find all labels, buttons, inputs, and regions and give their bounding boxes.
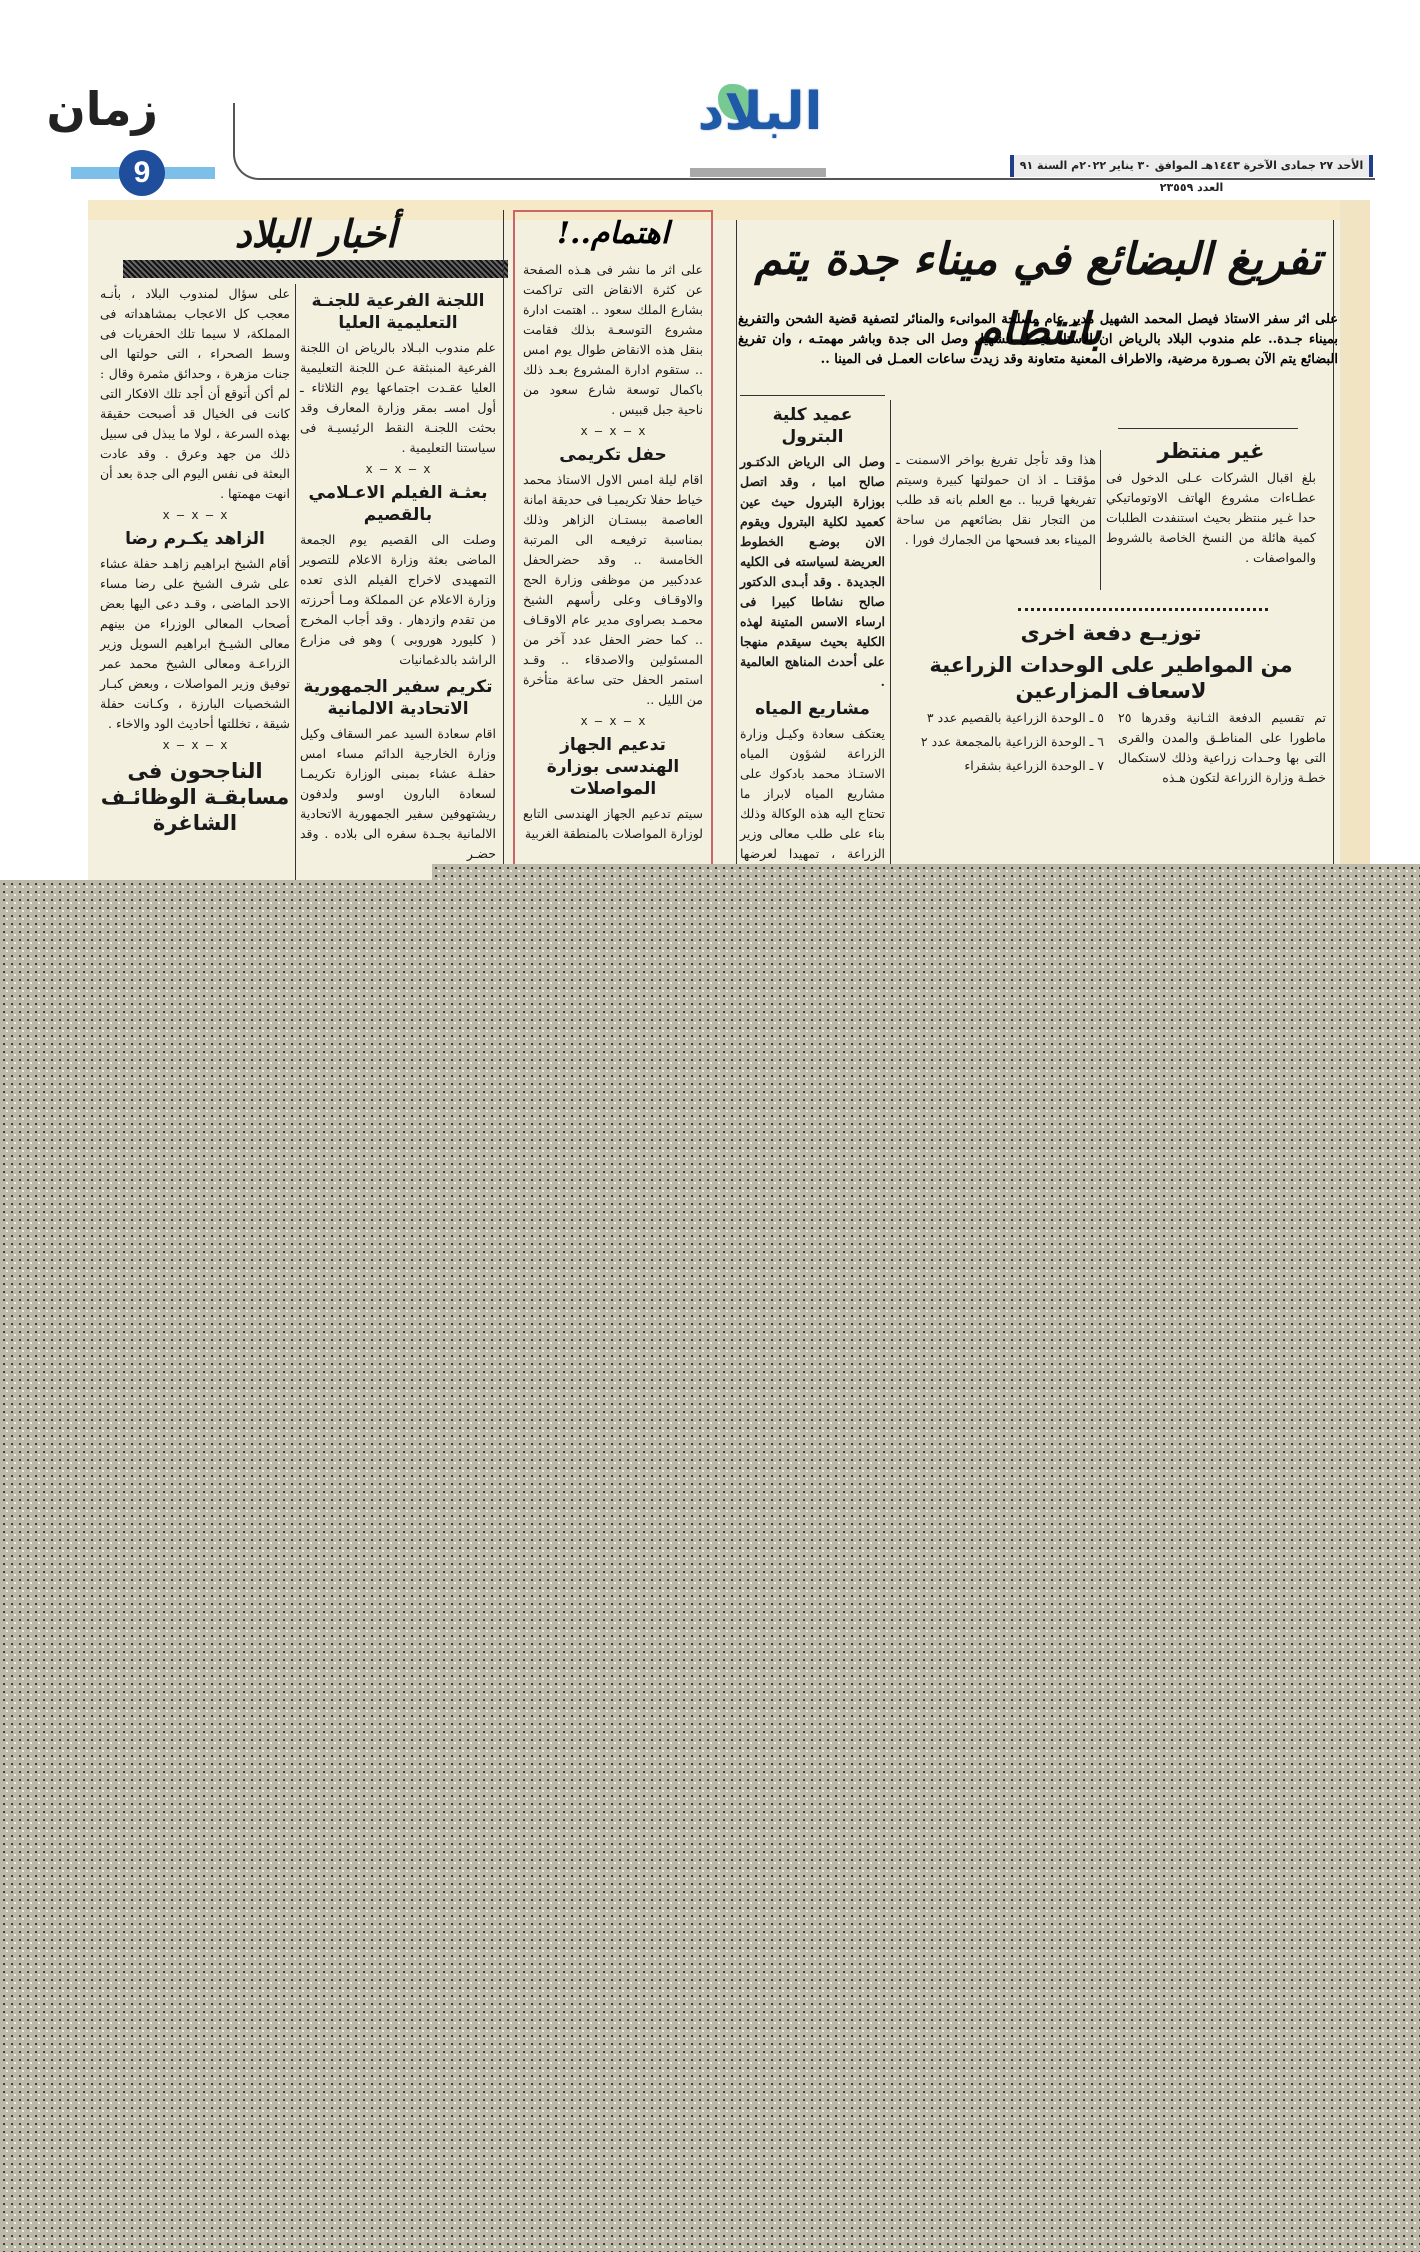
column-petroleum: عميد كلية البترول وصل الى الرياض الدكتـو… <box>740 398 885 888</box>
article-body: تم تقسيم الدفعة الثـانية وقدرها ٢٥ ماطور… <box>1118 708 1326 788</box>
article-body: على اثر ما نشر فى هـذه الصفحة عن كثرة ال… <box>523 260 703 420</box>
rule <box>740 395 885 396</box>
article-title: تكريم سفير الجمهورية الاتحادية الالمانية <box>300 676 496 720</box>
clipping-masthead: أخبار البلاد <box>123 210 508 258</box>
logo-text: البلاد <box>690 82 830 142</box>
article-title: حفل تكريمى <box>523 444 703 466</box>
column-rule <box>736 220 737 890</box>
separator: x – x – x <box>100 508 290 522</box>
section-title: زمان <box>68 84 158 134</box>
list-item: ٧ ـ الوحدة الزراعية بشقراء <box>896 756 1104 776</box>
article-body: علم مندوب البـلاد بالرياض ان اللجنة الفر… <box>300 338 496 458</box>
boxed-column-title: اهتمام..! <box>518 214 708 254</box>
main-lead: على اثر سفر الاستاذ فيصل المحمد الشهيل م… <box>738 310 1338 370</box>
separator: x – x – x <box>300 462 496 476</box>
article-body: على سؤال لمندوب البلاد ، بأنـه معجب كل ا… <box>100 284 290 504</box>
archive-newspaper-clipping: أخبار البلاد على سؤال لمندوب البلاد ، بأ… <box>88 200 1370 890</box>
page-number-badge: 9 <box>119 150 165 196</box>
article-body: وصل الى الرياض الدكتـور صالح امبا ، وقد … <box>740 452 885 692</box>
list-item: ٦ ـ الوحدة الزراعية بالمجمعة عدد ٢ <box>896 732 1104 752</box>
column-rule <box>1333 220 1334 880</box>
article-title: توزيـع دفعة اخرى <box>896 620 1326 646</box>
newspaper-logo[interactable]: البلاد <box>690 82 830 142</box>
column-rule <box>890 400 891 890</box>
article-title: غير منتظر <box>1106 438 1316 464</box>
masthead-pattern-bar <box>123 260 508 278</box>
list-item: ٥ ـ الوحدة الزراعية بالقصيم عدد ٣ <box>896 708 1104 728</box>
column-boxed: على اثر ما نشر فى هـذه الصفحة عن كثرة ال… <box>523 260 703 848</box>
article-distribution: توزيـع دفعة اخرى من المواطير على الوحدات… <box>896 614 1326 792</box>
dateline: الأحد ٢٧ جمادى الآخرة ١٤٤٣هـ الموافق ٣٠ … <box>1010 155 1373 177</box>
separator: x – x – x <box>523 714 703 728</box>
rule <box>1118 428 1298 429</box>
column-rule <box>503 210 504 890</box>
column-far-left: على سؤال لمندوب البلاد ، بأنـه معجب كل ا… <box>100 284 290 840</box>
logo-underline <box>690 168 826 177</box>
article-body: وصلت الى القصيم يوم الجمعة الماضى بعثة و… <box>300 530 496 670</box>
dotted-rule <box>1018 608 1268 611</box>
article-body: يعتكف سعادة وكيـل وزارة الزراعة لشؤون ال… <box>740 724 885 884</box>
article-body: سيتم تدعيم الجهاز الهندسى التابع لوزارة … <box>523 804 703 844</box>
article-title: عميد كلية البترول <box>740 404 885 448</box>
separator: x – x – x <box>523 424 703 438</box>
article-title: الزاهد يكـرم رضا <box>100 528 290 550</box>
article-title: بعثـة الفيلم الاعـلامي بالقصيم <box>300 482 496 526</box>
article-body: اقام ليلة امس الاول الاستاذ محمد خياط حف… <box>523 470 703 710</box>
separator: x – x – x <box>100 738 290 752</box>
column-left: اللجنة الفرعية للجنـة التعليمية العليا ع… <box>300 284 496 868</box>
article-body: بلغ اقبال الشركات عـلى الدخول فى عطـاءات… <box>1106 468 1316 568</box>
article-title: الناجحون فى مسابقـة الوظائـف الشاغرة <box>100 758 290 836</box>
column-main-body: هذا وقد تأجل تفريغ بواخر الاسمنت ـ مؤقتـ… <box>896 450 1096 554</box>
article-body: أقام الشيخ ابراهيم زاهـد حفلة عشاء على ش… <box>100 554 290 734</box>
blank-pattern-area <box>0 880 1420 2252</box>
article-title: تدعيم الجهاز الهندسى بوزارة المواصلات <box>523 734 703 800</box>
paper-edge <box>1340 200 1370 890</box>
column-rule <box>295 284 296 890</box>
article-subtitle: من المواطير على الوحدات الزراعية لاسعاف … <box>896 652 1326 704</box>
article-body: هذا وقد تأجل تفريغ بواخر الاسمنت ـ مؤقتـ… <box>896 450 1096 550</box>
article-title: اللجنة الفرعية للجنـة التعليمية العليا <box>300 290 496 334</box>
column-unexpected: غير منتظر بلغ اقبال الشركات عـلى الدخول … <box>1106 432 1316 572</box>
column-rule <box>1100 450 1101 590</box>
article-body: اقام سعادة السيد عمر السقاف وكيل وزارة ا… <box>300 724 496 864</box>
article-title: مشاريع المياه <box>740 698 885 720</box>
